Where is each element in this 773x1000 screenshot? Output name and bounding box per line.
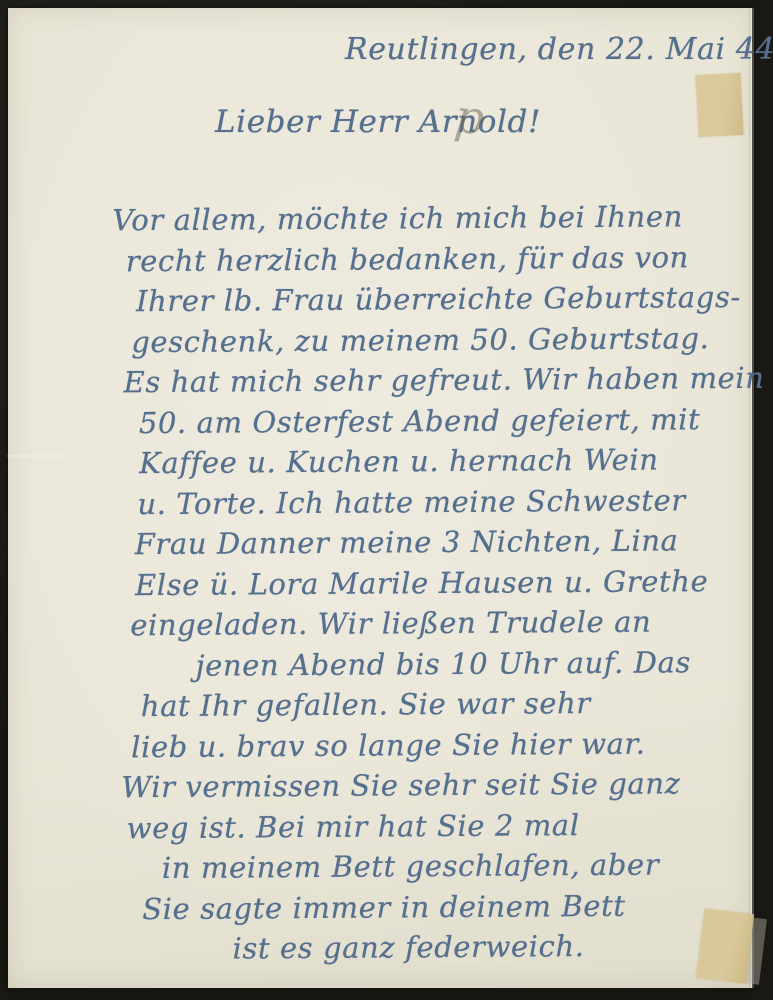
handwritten-line: ist es ganz federweich.: [232, 925, 773, 969]
handwritten-line: Ihrer lb. Frau überreichte Geburtstags-: [136, 277, 773, 322]
handwritten-line: hat Ihr gefallen. Sie war sehr: [141, 682, 773, 727]
handwritten-line: Kaffee u. Kuchen u. hernach Wein: [139, 439, 773, 484]
handwritten-line: in meinem Bett geschlafen, aber: [162, 844, 773, 889]
handwritten-line: lieb u. brav so lange Sie hier war.: [131, 722, 773, 767]
letter-page: Reutlingen, den 22. Mai 44 Lieber Herr A…: [8, 8, 752, 988]
scan-background: Reutlingen, den 22. Mai 44 Lieber Herr A…: [0, 0, 773, 1000]
salutation: Lieber Herr Arnold!: [215, 104, 541, 140]
handwritten-line: jenen Abend bis 10 Uhr auf. Das: [195, 641, 773, 686]
handwritten-line: Wir vermissen Sie sehr seit Sie ganz: [121, 763, 773, 808]
handwritten-line: u. Torte. Ich hatte meine Schwester: [137, 479, 773, 524]
handwritten-line: Sie sagte immer in deinem Bett: [142, 884, 773, 929]
handwritten-line: Vor allem, möchte ich mich bei Ihnen: [112, 196, 772, 241]
dateline: Reutlingen, den 22. Mai 44: [345, 32, 773, 67]
handwritten-line: Else ü. Lora Marile Hausen u. Grethe: [135, 560, 773, 605]
handwritten-line: weg ist. Bei mir hat Sie 2 mal: [127, 803, 773, 848]
pencil-mark: p: [452, 89, 487, 146]
tape-bottom-right: [696, 908, 754, 984]
handwritten-line: recht herzlich bedanken, für das von: [126, 236, 773, 281]
letter-body: Vor allem, möchte ich mich bei Ihnenrech…: [112, 196, 773, 970]
handwritten-line: Frau Danner meine 3 Nichten, Lina: [135, 520, 773, 565]
handwritten-line: geschenk, zu meinem 50. Geburtstag.: [131, 317, 773, 362]
handwritten-line: 50. am Osterfest Abend gefeiert, mit: [139, 398, 773, 443]
handwritten-line: eingeladen. Wir ließen Trudele an: [130, 601, 773, 646]
tape-top-right: [695, 73, 743, 137]
handwritten-line: Es hat mich sehr gefreut. Wir haben mein: [123, 358, 773, 403]
